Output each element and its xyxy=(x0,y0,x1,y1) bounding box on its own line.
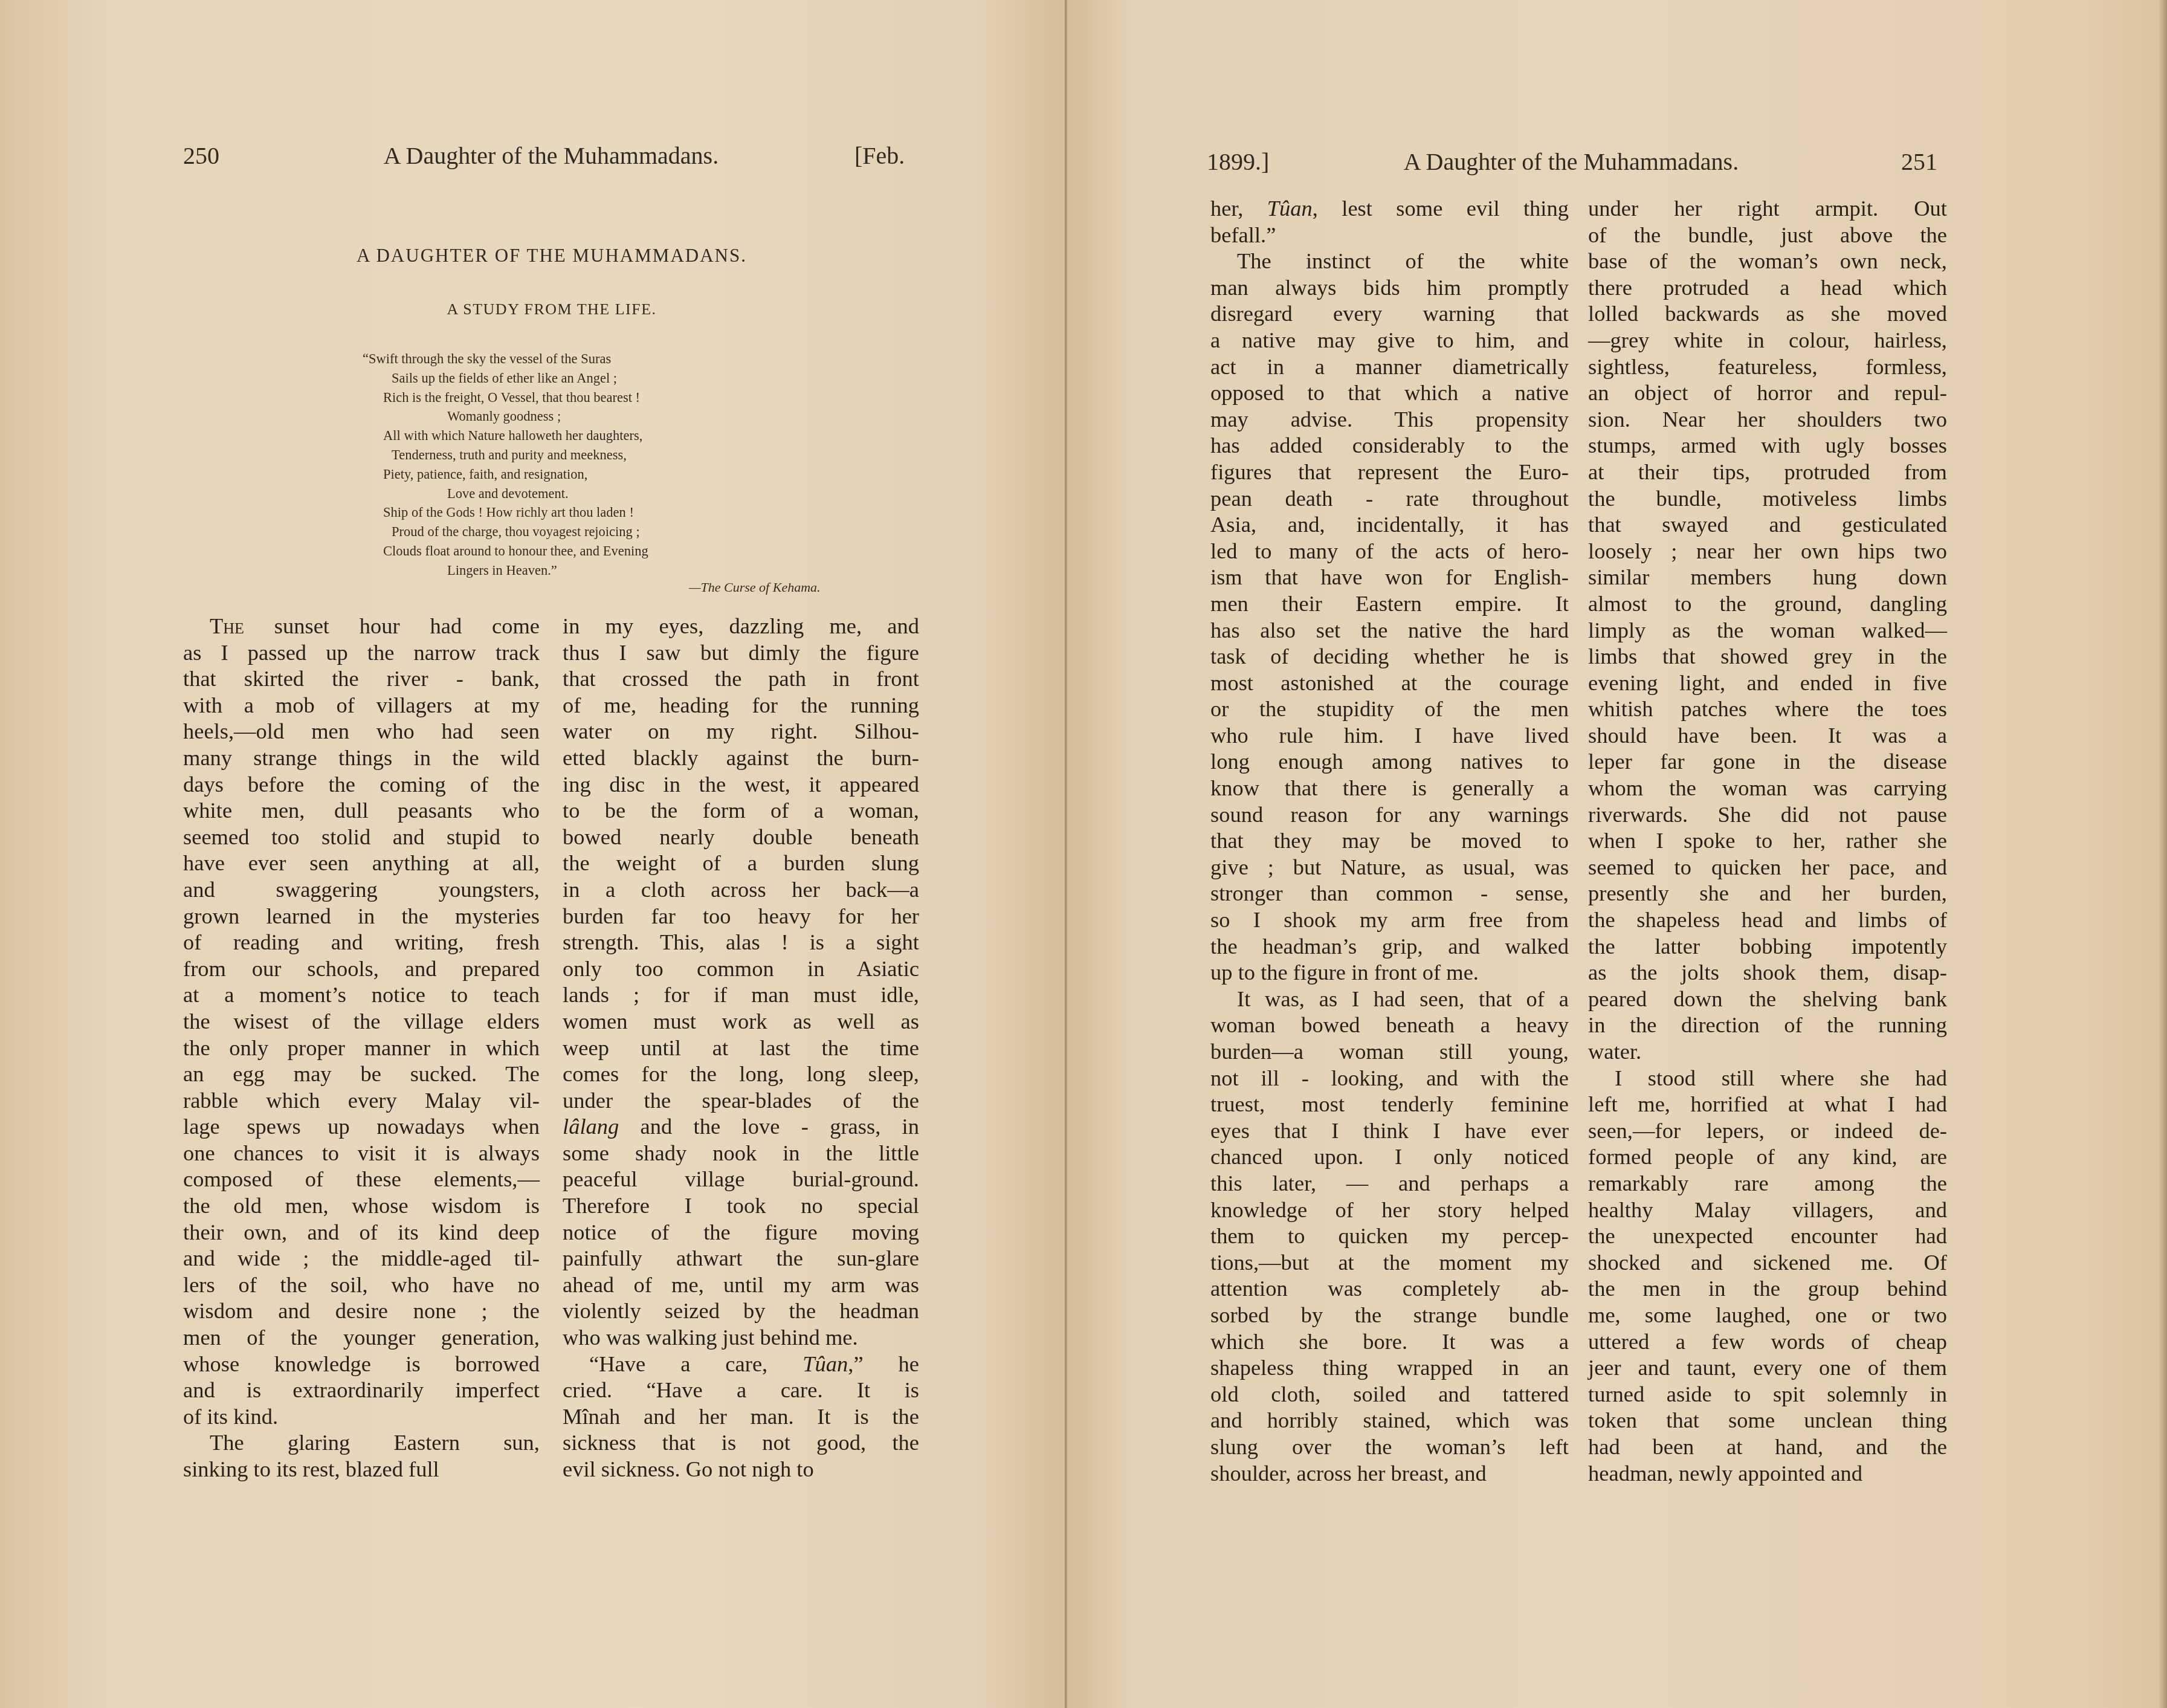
text-line: the only proper manner in which xyxy=(183,1035,540,1061)
text-line: opposed to that which a native xyxy=(1210,380,1569,406)
text-line: the weight of a burden slung xyxy=(563,850,919,876)
text-line: peaceful village burial-ground. xyxy=(563,1166,919,1192)
text-line: only too common in Asiatic xyxy=(563,956,919,982)
text-line: stumps, armed with ugly bosses xyxy=(1588,432,1947,459)
text-line: shapeless thing wrapped in an xyxy=(1210,1354,1569,1381)
text-line: whitish patches where the toes xyxy=(1588,696,1947,722)
text-line: with a mob of villagers at my xyxy=(183,692,540,719)
text-line: a native may give to him, and xyxy=(1210,327,1569,354)
epigraph: “Swift through the sky the vessel of the… xyxy=(357,349,780,580)
text-line: leper far gone in the disease xyxy=(1588,748,1947,775)
text-line: and horribly stained, which was xyxy=(1210,1407,1569,1434)
page-number-left: 250 xyxy=(183,141,219,170)
text-line: befall.” xyxy=(1210,222,1569,248)
epigraph-line: All with which Nature halloweth her daug… xyxy=(357,426,780,445)
text-line: It was, as I had seen, that of a xyxy=(1210,986,1569,1012)
text-line: up to the figure in front of me. xyxy=(1210,959,1569,986)
text-line: burden far too heavy for her xyxy=(563,903,919,930)
article-subtitle: A STUDY FROM THE LIFE. xyxy=(183,300,920,319)
text-line: know that there is generally a xyxy=(1210,775,1569,801)
text-line: grown learned in the mysteries xyxy=(183,903,540,930)
text-line: task of deciding whether he is xyxy=(1210,643,1569,670)
text-line: that they may be moved to xyxy=(1210,827,1569,854)
text-line: and is extraordinarily imperfect xyxy=(183,1377,540,1403)
text-line: The sunset hour had come xyxy=(183,613,540,639)
text-line: evening light, and ended in five xyxy=(1588,670,1947,696)
epigraph-line: Piety, patience, faith, and resignation, xyxy=(357,465,780,484)
text-line: remarkably rare among the xyxy=(1588,1170,1947,1197)
text-line: weep until at last the time xyxy=(563,1035,919,1061)
left-page-column-2: in my eyes, dazzling me, andthus I saw b… xyxy=(563,613,919,1483)
text-line: seen,—for lepers, or indeed de- xyxy=(1588,1118,1947,1144)
date-mark-right: 1899.] xyxy=(1207,147,1269,176)
text-line: figures that represent the Euro- xyxy=(1210,459,1569,485)
text-line: evil sickness. Go not nigh to xyxy=(563,1456,919,1483)
text-line: which she bore. It was a xyxy=(1210,1328,1569,1355)
text-line: The glaring Eastern sun, xyxy=(183,1429,540,1456)
text-line: the shapeless head and limbs of xyxy=(1588,907,1947,933)
text-line: presently she and her burden, xyxy=(1588,880,1947,907)
text-line: peared down the shelving bank xyxy=(1588,986,1947,1012)
text-line: burden—a woman still young, xyxy=(1210,1038,1569,1065)
text-line: or the stupidity of the men xyxy=(1210,696,1569,722)
date-mark-left: [Feb. xyxy=(854,141,905,170)
text-line: the wisest of the village elders xyxy=(183,1008,540,1035)
text-line: some shady nook in the little xyxy=(563,1140,919,1166)
text-line: violently seized by the headman xyxy=(563,1298,919,1324)
text-line: whose knowledge is borrowed xyxy=(183,1351,540,1377)
text-line: I stood still where she had xyxy=(1588,1065,1947,1092)
text-line: her, Tûan, lest some evil thing xyxy=(1210,195,1569,222)
text-line: ing disc in the west, it appeared xyxy=(563,771,919,798)
text-line: as the jolts shook them, disap- xyxy=(1588,959,1947,986)
text-line: —grey white in colour, hairless, xyxy=(1588,327,1947,354)
text-line: cried. “Have a care. It is xyxy=(563,1377,919,1403)
text-line: seemed to quicken her pace, and xyxy=(1588,854,1947,881)
text-line: headman, newly appointed and xyxy=(1588,1460,1947,1487)
text-line: so I shook my arm free from xyxy=(1210,907,1569,933)
text-line: lolled backwards as she moved xyxy=(1588,300,1947,327)
epigraph-attribution: —The Curse of Kehama. xyxy=(689,578,821,597)
text-line: of the bundle, just above the xyxy=(1588,222,1947,248)
text-line: has also set the native the hard xyxy=(1210,617,1569,644)
text-line: an egg may be sucked. The xyxy=(183,1061,540,1087)
running-title-left: A Daughter of the Muhammadans. xyxy=(358,141,744,170)
text-line: almost to the ground, dangling xyxy=(1588,590,1947,617)
text-line: painfully athwart the sun-glare xyxy=(563,1245,919,1272)
epigraph-line: Rich is the freight, O Vessel, that thou… xyxy=(357,388,780,407)
epigraph-line: Clouds float around to honour thee, and … xyxy=(357,542,780,561)
text-line: comes for the long, long sleep, xyxy=(563,1061,919,1087)
text-line: Therefore I took no special xyxy=(563,1192,919,1219)
article-title: A DAUGHTER OF THE MUHAMMADANS. xyxy=(183,245,920,267)
text-line: whom the woman was carrying xyxy=(1588,775,1947,801)
text-line: one chances to visit it is always xyxy=(183,1140,540,1166)
text-line: under her right armpit. Out xyxy=(1588,195,1947,222)
text-line: shocked and sickened me. Of xyxy=(1588,1249,1947,1276)
text-line: heels,—old men who had seen xyxy=(183,718,540,745)
text-line: The instinct of the white xyxy=(1210,248,1569,274)
text-line: sightless, featureless, formless, xyxy=(1588,354,1947,380)
text-line: act in a manner diametrically xyxy=(1210,354,1569,380)
text-line: may advise. This propensity xyxy=(1210,406,1569,433)
text-line: stronger than common - sense, xyxy=(1210,880,1569,907)
text-line: under the spear-blades of the xyxy=(563,1087,919,1114)
text-line: thus I saw but dimly the figure xyxy=(563,639,919,666)
text-line: bowed nearly double beneath xyxy=(563,824,919,850)
text-line: the old men, whose wisdom is xyxy=(183,1192,540,1219)
text-line: of its kind. xyxy=(183,1403,540,1430)
page-number-right: 251 xyxy=(1901,147,1937,176)
text-line: long enough among natives to xyxy=(1210,748,1569,775)
epigraph-line: Womanly goodness ; xyxy=(357,407,780,426)
text-line: that swayed and gesticulated xyxy=(1588,511,1947,538)
text-line: sound reason for any warnings xyxy=(1210,801,1569,828)
text-line: Asia, and, incidentally, it has xyxy=(1210,511,1569,538)
text-line: chanced upon. I only noticed xyxy=(1210,1144,1569,1170)
text-line: and swaggering youngsters, xyxy=(183,876,540,903)
text-line: the bundle, motiveless limbs xyxy=(1588,485,1947,512)
epigraph-line: Sails up the fields of ether like an Ang… xyxy=(357,369,780,388)
epigraph-line: Lingers in Heaven.” xyxy=(357,561,780,580)
text-line: and wide ; the middle-aged til- xyxy=(183,1245,540,1272)
text-line: who was walking just behind me. xyxy=(563,1324,919,1351)
left-page-column-1: The sunset hour had comeas I passed up t… xyxy=(183,613,540,1483)
text-line: that skirted the river - bank, xyxy=(183,665,540,692)
text-line: disregard every warning that xyxy=(1210,300,1569,327)
text-line: eyes that I think I have ever xyxy=(1210,1118,1569,1144)
text-line: riverwards. She did not pause xyxy=(1588,801,1947,828)
text-line: rabble which every Malay vil- xyxy=(183,1087,540,1114)
text-line: there protruded a head which xyxy=(1588,274,1947,301)
text-line: healthy Malay villagers, and xyxy=(1588,1197,1947,1223)
text-line: as I passed up the narrow track xyxy=(183,639,540,666)
text-line: tions,—but at the moment my xyxy=(1210,1249,1569,1276)
text-line: water. xyxy=(1588,1038,1947,1065)
text-line: limply as the woman walked— xyxy=(1588,617,1947,644)
book-gutter xyxy=(1065,0,1067,1708)
text-line: sorbed by the strange bundle xyxy=(1210,1302,1569,1328)
text-line: white men, dull peasants who xyxy=(183,797,540,824)
text-line: have ever seen anything at all, xyxy=(183,850,540,876)
text-line: led to many of the acts of hero- xyxy=(1210,538,1569,564)
text-line: ism that have won for English- xyxy=(1210,564,1569,590)
text-line: of me, heading for the running xyxy=(563,692,919,719)
text-line: women must work as well as xyxy=(563,1008,919,1035)
text-line: of reading and writing, fresh xyxy=(183,929,540,956)
text-line: the men in the group behind xyxy=(1588,1275,1947,1302)
text-line: has added considerably to the xyxy=(1210,432,1569,459)
text-line: notice of the figure moving xyxy=(563,1219,919,1246)
text-line: sion. Near her shoulders two xyxy=(1588,406,1947,433)
text-line: truest, most tenderly feminine xyxy=(1210,1091,1569,1118)
epigraph-line: Ship of the Gods ! How richly art thou l… xyxy=(357,503,780,522)
text-line: composed of these elements,— xyxy=(183,1166,540,1192)
text-line: jeer and taunt, every one of them xyxy=(1588,1354,1947,1381)
text-line: to be the form of a woman, xyxy=(563,797,919,824)
epigraph-line: Love and devotement. xyxy=(357,484,780,503)
text-line: the latter bobbing impotently xyxy=(1588,933,1947,960)
page-edge-shadow xyxy=(2159,0,2167,1708)
text-line: sinking to its rest, blazed full xyxy=(183,1456,540,1483)
right-page-column-1: her, Tûan, lest some evil thingbefall.”T… xyxy=(1210,195,1569,1486)
text-line: similar members hung down xyxy=(1588,564,1947,590)
text-line: days before the coming of the xyxy=(183,771,540,798)
text-line: who rule him. I have lived xyxy=(1210,722,1569,749)
text-line: when I spoke to her, rather she xyxy=(1588,827,1947,854)
epigraph-line: Proud of the charge, thou voyagest rejoi… xyxy=(357,522,780,542)
text-line: woman bowed beneath a heavy xyxy=(1210,1012,1569,1038)
text-line: many strange things in the wild xyxy=(183,745,540,771)
text-line: should have been. It was a xyxy=(1588,722,1947,749)
text-line: not ill - looking, and with the xyxy=(1210,1065,1569,1092)
text-line: most astonished at the courage xyxy=(1210,670,1569,696)
text-line: knowledge of her story helped xyxy=(1210,1197,1569,1223)
text-line: shoulder, across her breast, and xyxy=(1210,1460,1569,1487)
epigraph-line: Tenderness, truth and purity and meeknes… xyxy=(357,445,780,465)
text-line: from our schools, and prepared xyxy=(183,956,540,982)
text-line: man always bids him promptly xyxy=(1210,274,1569,301)
right-page-column-2: under her right armpit. Outof the bundle… xyxy=(1588,195,1947,1486)
text-line: loosely ; near her own hips two xyxy=(1588,538,1947,564)
text-line: turned aside to spit solemnly in xyxy=(1588,1381,1947,1408)
text-line: uttered a few words of cheap xyxy=(1588,1328,1947,1355)
text-line: me, some laughed, one or two xyxy=(1588,1302,1947,1328)
text-line: lands ; for if man must idle, xyxy=(563,982,919,1008)
text-line: ahead of me, until my arm was xyxy=(563,1272,919,1298)
text-line: in the direction of the running xyxy=(1588,1012,1947,1038)
text-line: lers of the soil, who have no xyxy=(183,1272,540,1298)
text-line: had been at hand, and the xyxy=(1588,1434,1947,1460)
text-line: at a moment’s notice to teach xyxy=(183,982,540,1008)
text-line: give ; but Nature, as usual, was xyxy=(1210,854,1569,881)
text-line: slung over the woman’s left xyxy=(1210,1434,1569,1460)
text-line: attention was completely ab- xyxy=(1210,1275,1569,1302)
text-line: an object of horror and repul- xyxy=(1588,380,1947,406)
text-line: strength. This, alas ! is a sight xyxy=(563,929,919,956)
text-line: pean death - rate throughout xyxy=(1210,485,1569,512)
text-line: water on my right. Silhou- xyxy=(563,718,919,745)
text-line: men their Eastern empire. It xyxy=(1210,590,1569,617)
text-line: formed people of any kind, are xyxy=(1588,1144,1947,1170)
text-line: men of the younger generation, xyxy=(183,1324,540,1351)
text-line: Mînah and her man. It is the xyxy=(563,1403,919,1430)
text-line: lage spews up nowadays when xyxy=(183,1113,540,1140)
text-line: the headman’s grip, and walked xyxy=(1210,933,1569,960)
text-line: base of the woman’s own neck, xyxy=(1588,248,1947,274)
text-line: at their tips, protruded from xyxy=(1588,459,1947,485)
text-line: left me, horrified at what I had xyxy=(1588,1091,1947,1118)
text-line: “Have a care, Tûan,” he xyxy=(563,1351,919,1377)
text-line: lâlang and the love - grass, in xyxy=(563,1113,919,1140)
text-line: token that some unclean thing xyxy=(1588,1407,1947,1434)
text-line: old cloth, soiled and tattered xyxy=(1210,1381,1569,1408)
text-line: them to quicken my percep- xyxy=(1210,1223,1569,1249)
running-title-right: A Daughter of the Muhammadans. xyxy=(1378,147,1765,176)
text-line: in my eyes, dazzling me, and xyxy=(563,613,919,639)
text-line: wisdom and desire none ; the xyxy=(183,1298,540,1324)
text-line: seemed too stolid and stupid to xyxy=(183,824,540,850)
text-line: in a cloth across her back—a xyxy=(563,876,919,903)
epigraph-line: “Swift through the sky the vessel of the… xyxy=(357,349,780,369)
text-line: their own, and of its kind deep xyxy=(183,1219,540,1246)
text-line: sickness that is not good, the xyxy=(563,1429,919,1456)
text-line: the unexpected encounter had xyxy=(1588,1223,1947,1249)
text-line: this later, — and perhaps a xyxy=(1210,1170,1569,1197)
text-line: limbs that showed grey in the xyxy=(1588,643,1947,670)
text-line: etted blackly against the burn- xyxy=(563,745,919,771)
text-line: that crossed the path in front xyxy=(563,665,919,692)
